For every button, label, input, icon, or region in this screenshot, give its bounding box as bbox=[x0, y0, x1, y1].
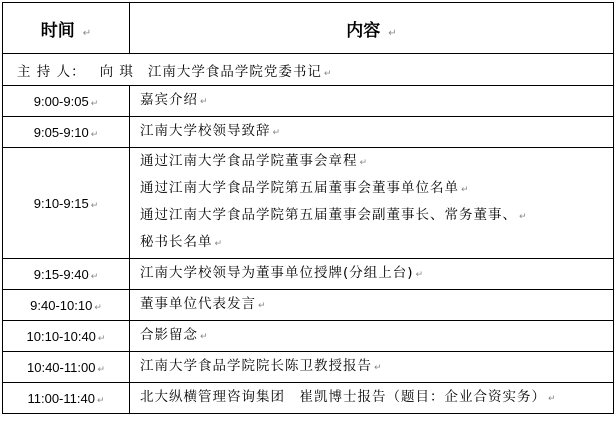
return-mark-icon: ↵ bbox=[374, 363, 382, 373]
table-row: 11:00-11:40↵ 北大纵横管理咨询集团 崔凯博士报告（题目：企业合资实务… bbox=[3, 383, 614, 414]
return-mark-icon: ↵ bbox=[273, 128, 281, 138]
return-mark-icon: ↵ bbox=[91, 271, 99, 281]
content-cell: 嘉宾介绍↵ bbox=[130, 86, 614, 117]
time-cell: 9:05-9:10↵ bbox=[3, 117, 130, 148]
content-cell: 北大纵横管理咨询集团 崔凯博士报告（题目：企业合资实务）↵ bbox=[130, 383, 614, 414]
table-row: 10:10-10:40↵ 合影留念↵ bbox=[3, 321, 614, 352]
header-time: 时间↵ bbox=[3, 3, 130, 54]
return-mark-icon: ↵ bbox=[215, 239, 223, 249]
return-mark-icon: ↵ bbox=[324, 69, 332, 79]
host-name: 向 琪 bbox=[100, 64, 134, 80]
return-mark-icon: ↵ bbox=[416, 270, 424, 280]
return-mark-icon: ↵ bbox=[98, 333, 106, 343]
content-cell: 合影留念↵ bbox=[130, 321, 614, 352]
time-cell: 10:40-11:00↵ bbox=[3, 352, 130, 383]
table-row: 9:00-9:05↵ 嘉宾介绍↵ bbox=[3, 86, 614, 117]
return-mark-icon: ↵ bbox=[200, 97, 208, 107]
return-mark-icon: ↵ bbox=[97, 364, 105, 374]
content-cell: 江南大学校领导为董事单位授牌(分组上台)↵ bbox=[130, 259, 614, 290]
return-mark-icon: ↵ bbox=[461, 185, 469, 195]
return-mark-icon: ↵ bbox=[388, 28, 396, 39]
table-row: 9:15-9:40↵ 江南大学校领导为董事单位授牌(分组上台)↵ bbox=[3, 259, 614, 290]
time-cell: 9:15-9:40↵ bbox=[3, 259, 130, 290]
table-row: 9:10-9:15↵ 通过江南大学食品学院董事会章程↵ 通过江南大学食品学院第五… bbox=[3, 148, 614, 259]
time-cell: 10:10-10:40↵ bbox=[3, 321, 130, 352]
header-content: 内容↵ bbox=[130, 3, 614, 54]
content-cell: 江南大学校领导致辞↵ bbox=[130, 117, 614, 148]
content-cell: 江南大学食品学院院长陈卫教授报告↵ bbox=[130, 352, 614, 383]
return-mark-icon: ↵ bbox=[519, 212, 527, 222]
return-mark-icon: ↵ bbox=[200, 332, 208, 342]
return-mark-icon: ↵ bbox=[258, 301, 266, 311]
table-row: 9:05-9:10↵ 江南大学校领导致辞↵ bbox=[3, 117, 614, 148]
return-mark-icon: ↵ bbox=[83, 28, 91, 39]
time-cell: 11:00-11:40↵ bbox=[3, 383, 130, 414]
host-label: 主 持 人： bbox=[17, 64, 86, 80]
host-row: 主 持 人：向 琪江南大学食品学院党委书记↵ bbox=[3, 54, 614, 86]
return-mark-icon: ↵ bbox=[91, 200, 99, 210]
return-mark-icon: ↵ bbox=[94, 302, 102, 312]
return-mark-icon: ↵ bbox=[91, 129, 99, 139]
schedule-table: 时间↵ 内容↵ 主 持 人：向 琪江南大学食品学院党委书记↵ 9:00-9:05… bbox=[2, 2, 614, 414]
time-cell: 9:00-9:05↵ bbox=[3, 86, 130, 117]
content-cell: 董事单位代表发言↵ bbox=[130, 290, 614, 321]
return-mark-icon: ↵ bbox=[91, 98, 99, 108]
time-cell: 9:40-10:10↵ bbox=[3, 290, 130, 321]
host-title: 江南大学食品学院党委书记 bbox=[148, 64, 322, 80]
table-row: 10:40-11:00↵ 江南大学食品学院院长陈卫教授报告↵ bbox=[3, 352, 614, 383]
return-mark-icon: ↵ bbox=[548, 394, 556, 404]
header-row: 时间↵ 内容↵ bbox=[3, 3, 614, 54]
time-cell: 9:10-9:15↵ bbox=[3, 148, 130, 259]
return-mark-icon: ↵ bbox=[360, 158, 368, 168]
host-cell: 主 持 人：向 琪江南大学食品学院党委书记↵ bbox=[3, 54, 614, 86]
return-mark-icon: ↵ bbox=[97, 395, 105, 405]
content-cell: 通过江南大学食品学院董事会章程↵ 通过江南大学食品学院第五届董事会董事单位名单↵… bbox=[130, 148, 614, 259]
table-row: 9:40-10:10↵ 董事单位代表发言↵ bbox=[3, 290, 614, 321]
